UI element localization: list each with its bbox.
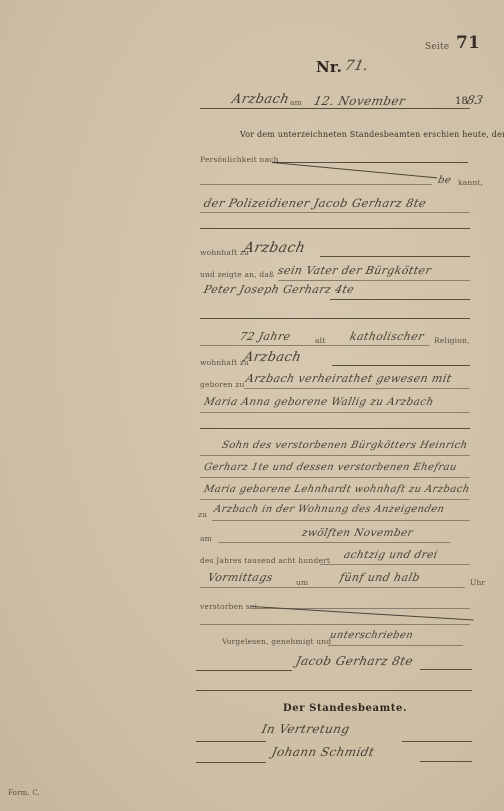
declared-line-2: Peter Joseph Gerharz 4te bbox=[203, 283, 356, 296]
time-connector: um bbox=[296, 578, 308, 587]
death-place-label: zu bbox=[198, 510, 207, 519]
age-rule bbox=[200, 345, 430, 346]
page-label: Seite bbox=[425, 42, 449, 52]
time-suffix: Uhr bbox=[470, 578, 485, 587]
age-value: 72 Jahre bbox=[239, 330, 292, 343]
signature-rule-left bbox=[196, 670, 292, 671]
page-number: 71 bbox=[456, 33, 480, 53]
form-label: Form. C. bbox=[8, 789, 40, 797]
declared-rule-2 bbox=[330, 299, 470, 300]
age-label: alt bbox=[315, 336, 325, 345]
official-rule-2-left bbox=[196, 762, 266, 763]
parents-rule-1 bbox=[200, 455, 470, 456]
intro-text: Vor dem unterzeichneten Standesbeamten e… bbox=[240, 130, 504, 139]
official-rule-1-right bbox=[402, 741, 472, 742]
entry-label: Nr. bbox=[316, 58, 342, 76]
official-rule-1-left bbox=[196, 741, 266, 742]
year-label: des Jahres tausend acht hundert bbox=[200, 556, 330, 565]
connector-am: am bbox=[290, 98, 302, 107]
place-date-rule bbox=[200, 108, 470, 109]
read-label: Vorgelesen, genehmigt und bbox=[222, 637, 331, 646]
parents-line-3: Maria geborene Lehnhardt wohnhaft zu Arz… bbox=[203, 484, 471, 495]
declared-line-1: sein Vater der Bürgkötter bbox=[277, 264, 433, 277]
year-words: achtzig und drei bbox=[343, 549, 439, 561]
official-line-2: Johann Schmidt bbox=[271, 745, 376, 759]
identity-rule-2 bbox=[200, 184, 432, 185]
parents-rule-3 bbox=[200, 499, 470, 500]
registry-page: Seite 71 Nr. 71. Arzbach am 12. November… bbox=[0, 0, 504, 811]
declared-rule-1 bbox=[278, 280, 470, 281]
time-words: fünf und halb bbox=[339, 571, 422, 584]
deceased-residence-rule bbox=[332, 365, 470, 366]
residence-rule bbox=[320, 256, 470, 257]
official-line-1: In Vertretung bbox=[261, 722, 351, 736]
signature-rule-right bbox=[420, 669, 472, 670]
identity-rule bbox=[272, 162, 468, 163]
birth-rule-2 bbox=[200, 412, 470, 413]
parents-line-1: Sohn des verstorbenen Bürgkötters Heinri… bbox=[221, 440, 469, 451]
identity-suffix: kannt, bbox=[458, 178, 483, 187]
place-value: Arzbach bbox=[230, 92, 290, 107]
time-rule bbox=[200, 587, 465, 588]
year-suffix: 83 bbox=[466, 93, 485, 107]
time-of-day: Vormittags bbox=[207, 571, 275, 584]
identity-prefix: Persönlichkeit nach bbox=[200, 155, 279, 164]
deceased-label: verstorben sei bbox=[200, 602, 257, 611]
religion-value: katholischer bbox=[349, 330, 426, 343]
birth-line-2: Maria Anna geborene Wallig zu Arzbach bbox=[203, 396, 435, 408]
strike-through-line bbox=[272, 162, 437, 178]
death-place-value: Arzbach in der Wohnung des Anzeigenden bbox=[213, 504, 446, 515]
death-place-rule bbox=[212, 520, 470, 521]
date-value: 12. November bbox=[313, 94, 407, 108]
identity-hand: be bbox=[437, 175, 452, 186]
read-rule bbox=[328, 645, 463, 646]
declared-rule-3 bbox=[200, 318, 470, 319]
signature-rule-2 bbox=[196, 690, 472, 691]
birth-rule-3 bbox=[200, 428, 470, 429]
year-rule bbox=[320, 564, 470, 565]
informant-rule-2 bbox=[200, 228, 470, 229]
informant-rule bbox=[200, 212, 470, 213]
birth-line-1: Arzbach verheirathet gewesen mit bbox=[245, 372, 453, 385]
death-date-value: zwölften November bbox=[301, 527, 415, 539]
official-heading: Der Standesbeamte. bbox=[283, 703, 407, 714]
deceased-residence-label: wohnhaft zu bbox=[200, 358, 249, 367]
parents-line-2: Gerharz 1te und dessen verstorbenen Ehef… bbox=[203, 462, 458, 473]
death-date-rule bbox=[218, 542, 450, 543]
declared-label: und zeigte an, daß bbox=[200, 270, 274, 279]
deceased-residence-value: Arzbach bbox=[242, 350, 302, 365]
religion-label: Religion, bbox=[434, 336, 470, 345]
residence-value: Arzbach bbox=[242, 240, 307, 256]
read-hand: unterschrieben bbox=[329, 630, 414, 641]
deceased-rule-2 bbox=[200, 624, 470, 625]
birth-label: geboren zu bbox=[200, 380, 245, 389]
informant-name: der Polizeidiener Jacob Gerharz 8te bbox=[203, 196, 428, 210]
death-date-label: am bbox=[200, 534, 212, 543]
parents-rule-2 bbox=[200, 477, 470, 478]
official-rule-2-right bbox=[420, 761, 472, 762]
birth-rule-1 bbox=[244, 388, 470, 389]
informant-signature: Jacob Gerharz 8te bbox=[295, 654, 415, 668]
entry-number: 71. bbox=[343, 58, 370, 74]
